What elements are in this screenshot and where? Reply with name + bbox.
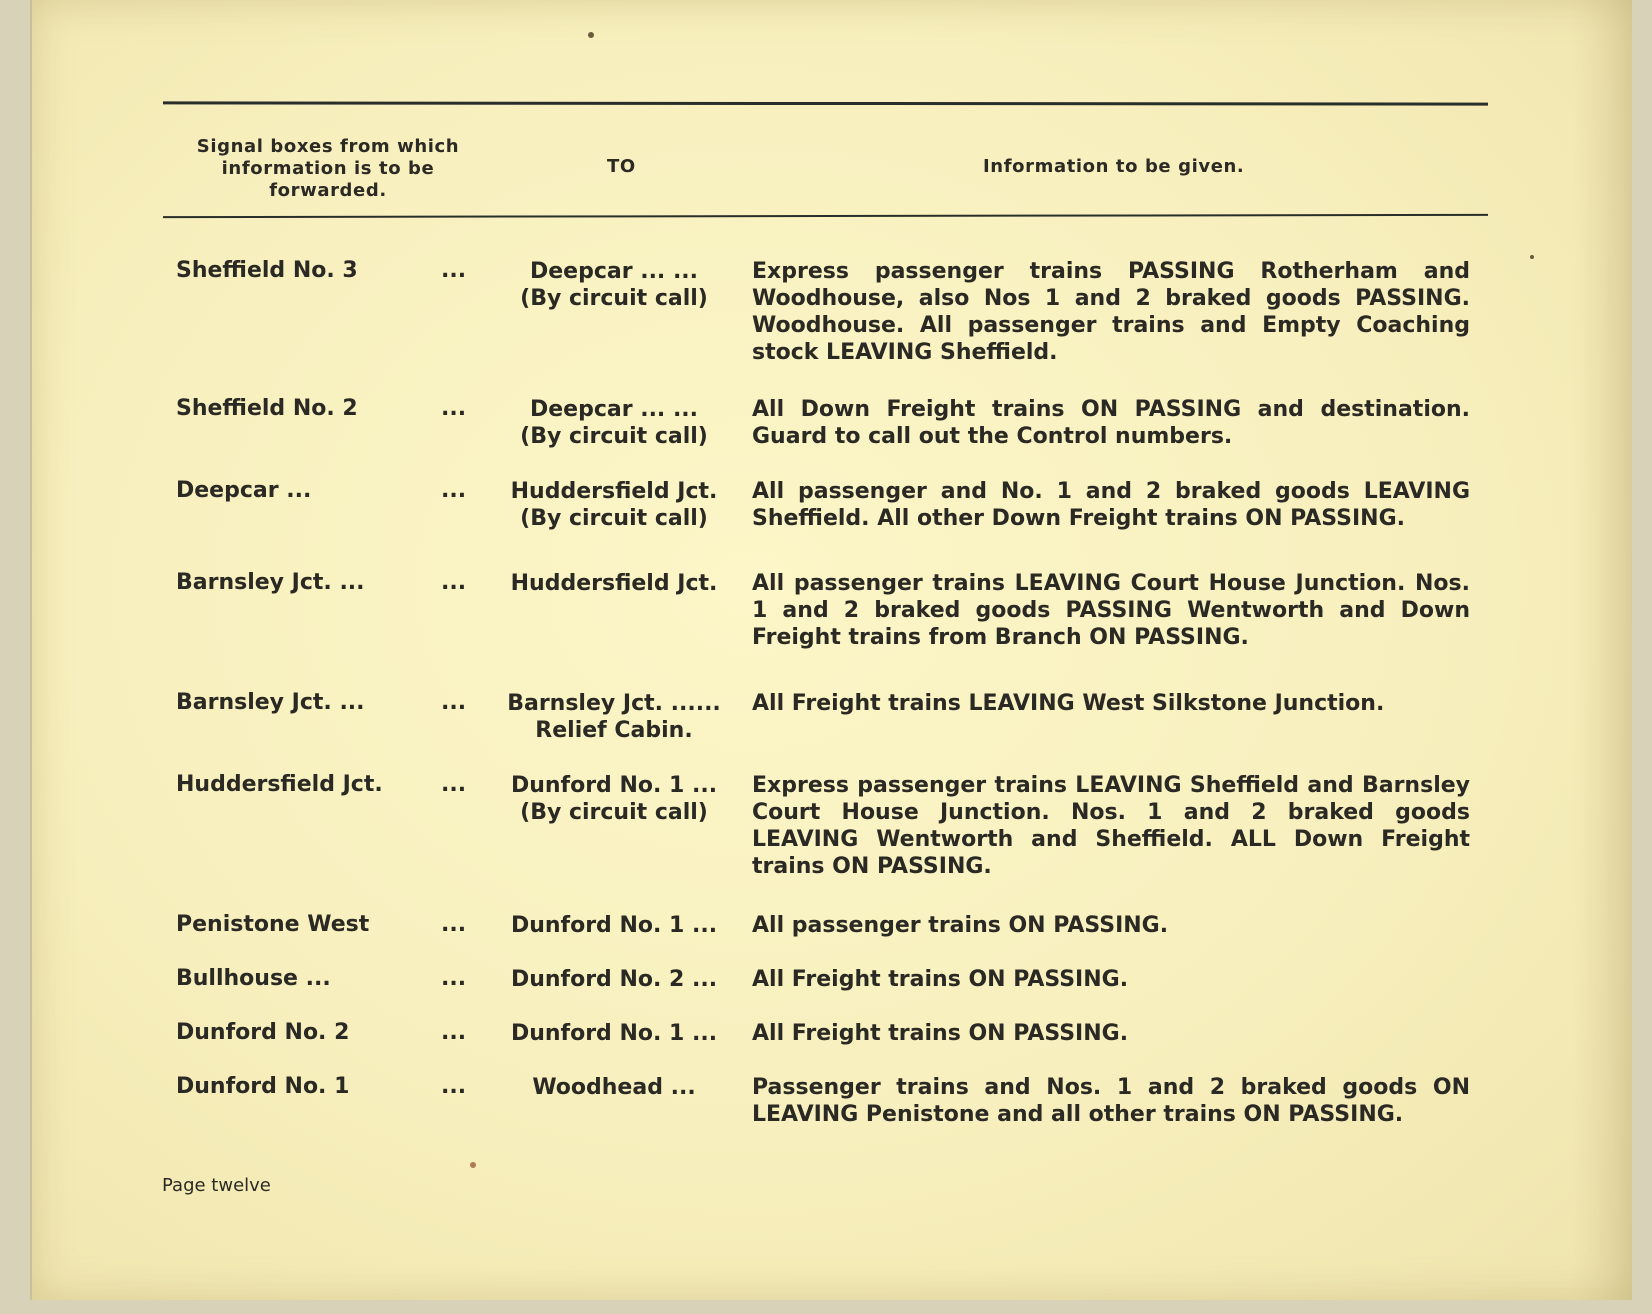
information: All Freight trains ON PASSING.	[752, 966, 1470, 993]
destination: Dunford No. 1 ...	[494, 1020, 734, 1047]
destination: Deepcar ... ... (By circuit call)	[494, 396, 734, 450]
leader-dots: ...	[441, 1074, 466, 1099]
signal-box: Sheffield No. 3	[176, 258, 376, 283]
page-edge-shadow	[1572, 0, 1632, 1300]
destination: Barnsley Jct. ...... Relief Cabin.	[494, 690, 734, 744]
page-number: Page twelve	[162, 1175, 271, 1196]
leader-dots: ...	[441, 258, 466, 283]
signal-box: Barnsley Jct. ...	[176, 570, 376, 595]
signal-box: Sheffield No. 2	[176, 396, 376, 421]
information: All passenger and No. 1 and 2 braked goo…	[752, 478, 1470, 532]
information: All Down Freight trains ON PASSING and d…	[752, 396, 1470, 450]
column-header-from: Signal boxes from which information is t…	[178, 136, 478, 202]
leader-dots: ...	[441, 772, 466, 797]
leader-dots: ...	[441, 690, 466, 715]
destination: Dunford No. 1 ... (By circuit call)	[494, 772, 734, 826]
information: Express passenger trains PASSING Rotherh…	[752, 258, 1470, 366]
signal-box: Dunford No. 1	[176, 1074, 376, 1099]
destination: Woodhead ...	[494, 1074, 734, 1101]
signal-box: Barnsley Jct. ...	[176, 690, 376, 715]
leader-dots: ...	[441, 1020, 466, 1045]
destination: Huddersfield Jct. (By circuit call)	[494, 478, 734, 532]
signal-box: Deepcar ...	[176, 478, 376, 503]
leader-dots: ...	[441, 912, 466, 937]
signal-box: Penistone West	[176, 912, 376, 937]
destination: Dunford No. 2 ...	[494, 966, 734, 993]
destination: Dunford No. 1 ...	[494, 912, 734, 939]
signal-box: Bullhouse ...	[176, 966, 376, 991]
signal-box: Huddersfield Jct.	[176, 772, 376, 797]
information: Express passenger trains LEAVING Sheffie…	[752, 772, 1470, 880]
information: All Freight trains LEAVING West Silkston…	[752, 690, 1470, 717]
leader-dots: ...	[441, 478, 466, 503]
paper-speck	[588, 32, 594, 38]
information: All Freight trains ON PASSING.	[752, 1020, 1470, 1047]
leader-dots: ...	[441, 396, 466, 421]
paper-speck	[1530, 255, 1534, 259]
column-header-info: Information to be given.	[983, 156, 1244, 177]
leader-dots: ...	[441, 966, 466, 991]
information: All passenger trains LEAVING Court House…	[752, 570, 1470, 651]
paper-speck	[470, 1162, 476, 1168]
signal-box: Dunford No. 2	[176, 1020, 376, 1045]
destination: Deepcar ... ... (By circuit call)	[494, 258, 734, 312]
information: Passenger trains and Nos. 1 and 2 braked…	[752, 1074, 1470, 1128]
column-header-to: TO	[607, 156, 636, 177]
information: All passenger trains ON PASSING.	[752, 912, 1470, 939]
leader-dots: ...	[441, 570, 466, 595]
destination: Huddersfield Jct.	[494, 570, 734, 597]
